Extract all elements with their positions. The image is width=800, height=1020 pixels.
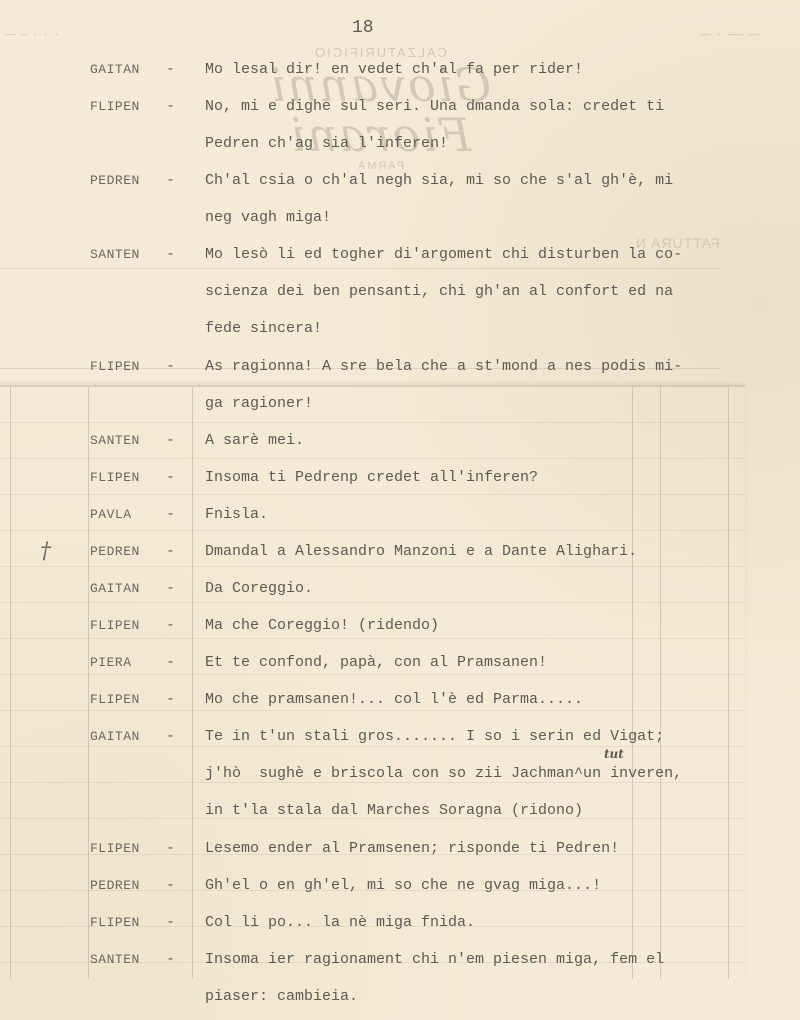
faint-rule xyxy=(0,268,720,269)
dialogue-line: scienza dei ben pensanti, chi gh'an al c… xyxy=(0,280,800,304)
dialogue-text: ga ragioner! xyxy=(205,392,313,416)
dialogue-line: j'hò sughè e briscola con so zii Jachman… xyxy=(0,762,800,786)
speaker-name: SANTEN xyxy=(90,429,140,453)
page-number: 18 xyxy=(352,18,374,38)
dialogue-text: Insoma ti Pedrenp credet all'inferen? xyxy=(205,466,538,490)
speaker-dash: - xyxy=(166,95,175,119)
dialogue-line: FLIPEN-Ma che Coreggio! (ridendo) xyxy=(0,614,800,638)
speaker-name: PEDREN xyxy=(90,540,140,564)
speaker-name: FLIPEN xyxy=(90,614,140,638)
speaker-dash: - xyxy=(166,614,175,638)
dialogue-line: GAITAN-Da Coreggio. xyxy=(0,577,800,601)
speaker-name: FLIPEN xyxy=(90,466,140,490)
dialogue-line: in t'la stala dal Marches Soragna (ridon… xyxy=(0,799,800,823)
dialogue-line: FLIPEN-Insoma ti Pedrenp credet all'infe… xyxy=(0,466,800,490)
speaker-dash: - xyxy=(166,651,175,675)
speaker-name: PAVLA xyxy=(90,503,132,527)
speaker-dash: - xyxy=(166,948,175,972)
dialogue-text: Gh'el o en gh'el, mi so che ne gvag miga… xyxy=(205,874,601,898)
dialogue-text: Lesemo ender al Pramsenen; risponde ti P… xyxy=(205,837,619,861)
dialogue-line: neg vagh miga! xyxy=(0,206,800,230)
dialogue-line: GAITAN-Te in t'un stali gros....... I so… xyxy=(0,725,800,749)
speaker-name: GAITAN xyxy=(90,58,140,82)
speaker-dash: - xyxy=(166,503,175,527)
speaker-name: FLIPEN xyxy=(90,688,140,712)
speaker-dash: - xyxy=(166,243,175,267)
speaker-dash: - xyxy=(166,911,175,935)
dialogue-text: piaser: cambieia. xyxy=(205,985,358,1009)
speaker-dash: - xyxy=(166,169,175,193)
dialogue-line: PEDREN-Gh'el o en gh'el, mi so che ne gv… xyxy=(0,874,800,898)
dialogue-text: Ch'al csia o ch'al negh sia, mi so che s… xyxy=(205,169,673,193)
speaker-dash: - xyxy=(166,837,175,861)
speaker-name: GAITAN xyxy=(90,577,140,601)
speaker-name: SANTEN xyxy=(90,243,140,267)
dialogue-text: scienza dei ben pensanti, chi gh'an al c… xyxy=(205,280,673,304)
dialogue-text: Da Coreggio. xyxy=(205,577,313,601)
dialogue-line: SANTEN-A sarè mei. xyxy=(0,429,800,453)
dialogue-line: Pedren ch'ag sia l'inferen! xyxy=(0,132,800,156)
speaker-name: FLIPEN xyxy=(90,95,140,119)
dialogue-text: Mo lesò li ed togher di'argoment chi dis… xyxy=(205,243,682,267)
dialogue-text: Pedren ch'ag sia l'inferen! xyxy=(205,132,448,156)
dialogue-text: Insoma ier ragionament chi n'em piesen m… xyxy=(205,948,664,972)
dialogue-text: Ma che Coreggio! (ridendo) xyxy=(205,614,439,638)
dialogue-line: PIERA-Et te confond, papà, con al Pramsa… xyxy=(0,651,800,675)
dialogue-line: SANTEN-Insoma ier ragionament chi n'em p… xyxy=(0,948,800,972)
speaker-name: GAITAN xyxy=(90,725,140,749)
dialogue-line: FLIPEN-Lesemo ender al Pramsenen; rispon… xyxy=(0,837,800,861)
dialogue-text: Te in t'un stali gros....... I so i seri… xyxy=(205,725,664,749)
dialogue-text: A sarè mei. xyxy=(205,429,304,453)
speaker-dash: - xyxy=(166,355,175,379)
speaker-dash: - xyxy=(166,688,175,712)
speaker-name: PIERA xyxy=(90,651,132,675)
handwritten-insertion: tut xyxy=(604,747,624,761)
dialogue-line: GAITAN-Mo lesal dir! en vedet ch'al fa p… xyxy=(0,58,800,82)
speaker-dash: - xyxy=(166,58,175,82)
speaker-name: FLIPEN xyxy=(90,911,140,935)
typewritten-page: CALZATURIFICIO Giovanni Fiorani PARMA FA… xyxy=(0,0,800,1020)
dialogue-text: j'hò sughè e briscola con so zii Jachman… xyxy=(205,762,682,786)
dialogue-line: FLIPEN-As ragionna! A sre bela che a st'… xyxy=(0,355,800,379)
dialogue-text: fede sincera! xyxy=(205,317,322,341)
dialogue-text: Dmandal a Alessandro Manzoni e a Dante A… xyxy=(205,540,637,564)
dialogue-line: ga ragioner! xyxy=(0,392,800,416)
corner-mark: —— · ——— —— xyxy=(700,30,759,40)
speaker-name: FLIPEN xyxy=(90,837,140,861)
dialogue-text: neg vagh miga! xyxy=(205,206,331,230)
dialogue-text: in t'la stala dal Marches Soragna (ridon… xyxy=(205,799,583,823)
speaker-dash: - xyxy=(166,429,175,453)
dialogue-line: SANTEN-Mo lesò li ed togher di'argoment … xyxy=(0,243,800,267)
dialogue-line: PEDREN-Dmandal a Alessandro Manzoni e a … xyxy=(0,540,800,564)
dialogue-line: PEDREN-Ch'al csia o ch'al negh sia, mi s… xyxy=(0,169,800,193)
dialogue-line: piaser: cambieia. xyxy=(0,985,800,1009)
dialogue-line: FLIPEN-Col li po... la nè miga fnida. xyxy=(0,911,800,935)
speaker-name: PEDREN xyxy=(90,169,140,193)
speaker-name: PEDREN xyxy=(90,874,140,898)
speaker-dash: - xyxy=(166,725,175,749)
dialogue-text: No, mi e dighe sul seri. Una dmanda sola… xyxy=(205,95,664,119)
dialogue-line: FLIPEN-No, mi e dighe sul seri. Una dman… xyxy=(0,95,800,119)
dialogue-line: FLIPEN-Mo che pramsanen!... col l'è ed P… xyxy=(0,688,800,712)
dialogue-text: Col li po... la nè miga fnida. xyxy=(205,911,475,935)
speaker-dash: - xyxy=(166,577,175,601)
speaker-name: SANTEN xyxy=(90,948,140,972)
dialogue-line: fede sincera! xyxy=(0,317,800,341)
speaker-dash: - xyxy=(166,874,175,898)
speaker-dash: - xyxy=(166,466,175,490)
dialogue-text: Mo che pramsanen!... col l'è ed Parma...… xyxy=(205,688,583,712)
speaker-dash: - xyxy=(166,540,175,564)
dialogue-text: Et te confond, papà, con al Pramsanen! xyxy=(205,651,547,675)
dialogue-text: Fnisla. xyxy=(205,503,268,527)
dialogue-text: Mo lesal dir! en vedet ch'al fa per ride… xyxy=(205,58,583,82)
speaker-name: FLIPEN xyxy=(90,355,140,379)
dialogue-text: As ragionna! A sre bela che a st'mond a … xyxy=(205,355,682,379)
corner-mark: —— — · · · xyxy=(5,30,59,40)
dialogue-line: PAVLA-Fnisla. xyxy=(0,503,800,527)
